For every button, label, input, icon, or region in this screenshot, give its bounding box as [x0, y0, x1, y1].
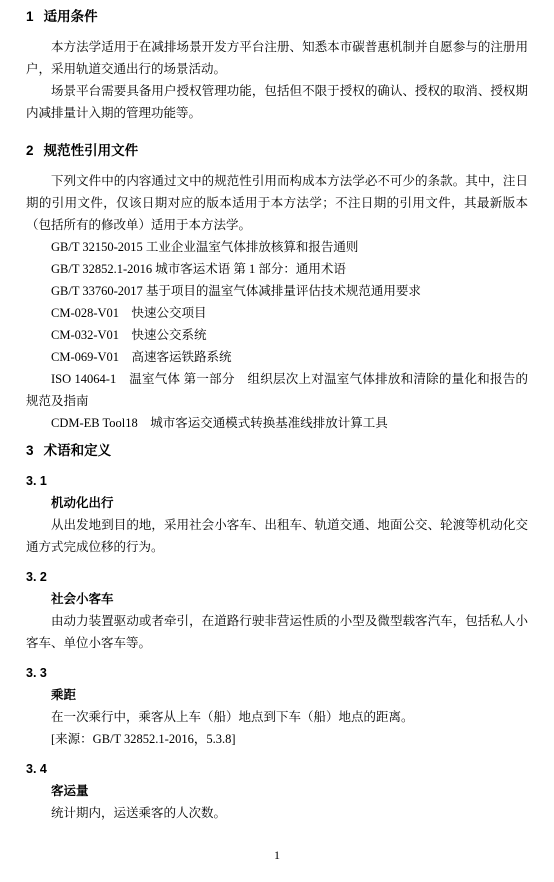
term-name: 乘距	[26, 684, 528, 706]
section-3-heading: 3术语和定义	[26, 440, 528, 462]
term-block-3-4: 3. 4 客运量 统计期内，运送乘客的人次数。	[26, 758, 528, 824]
term-definition: 从出发地到目的地，采用社会小客车、出租车、轨道交通、地面公交、轮渡等机动化交通方…	[26, 514, 528, 558]
term-name: 机动化出行	[26, 492, 528, 514]
section-1-paragraph: 本方法学适用于在减排场景开发方平台注册、知悉本市碳普惠机制并自愿参与的注册用户，…	[26, 36, 528, 80]
reference-item: CM-069-V01 高速客运铁路系统	[26, 346, 528, 368]
term-definition: 统计期内，运送乘客的人次数。	[26, 802, 528, 824]
term-block-3-2: 3. 2 社会小客车 由动力装置驱动或者牵引，在道路行驶非营运性质的小型及微型载…	[26, 566, 528, 654]
term-definition: 由动力装置驱动或者牵引，在道路行驶非营运性质的小型及微型载客汽车，包括私人小客车…	[26, 610, 528, 654]
page-number: 1	[0, 848, 554, 862]
section-normative-references: 2规范性引用文件 下列文件中的内容通过文中的规范性引用而构成本方法学必不可少的条…	[26, 140, 528, 434]
term-block-3-3: 3. 3 乘距 在一次乘行中，乘客从上车（船）地点到下车（船）地点的距离。 [来…	[26, 662, 528, 750]
section-2-number: 2	[26, 143, 34, 158]
reference-item: GB/T 32852.1-2016 城市客运术语 第 1 部分：通用术语	[26, 258, 528, 280]
section-1-paragraph: 场景平台需要具备用户授权管理功能，包括但不限于授权的确认、授权的取消、授权期内减…	[26, 80, 528, 124]
term-number: 3. 4	[26, 758, 528, 780]
section-1-title: 适用条件	[44, 9, 98, 24]
reference-item: GB/T 32150-2015 工业企业温室气体排放核算和报告通则	[26, 236, 528, 258]
section-1-number: 1	[26, 9, 34, 24]
section-2-title: 规范性引用文件	[44, 143, 139, 158]
section-terms-definitions: 3术语和定义 3. 1 机动化出行 从出发地到目的地，采用社会小客车、出租车、轨…	[26, 440, 528, 824]
section-3-number: 3	[26, 443, 34, 458]
reference-item: ISO 14064-1 温室气体 第一部分 组织层次上对温室气体排放和清除的量化…	[26, 368, 528, 412]
reference-item: CM-028-V01 快速公交项目	[26, 302, 528, 324]
term-name: 社会小客车	[26, 588, 528, 610]
term-source-citation: [来源：GB/T 32852.1-2016，5.3.8]	[26, 728, 528, 750]
term-number: 3. 3	[26, 662, 528, 684]
reference-item: CDM-EB Tool18 城市客运交通模式转换基准线排放计算工具	[26, 412, 528, 434]
term-number: 3. 2	[26, 566, 528, 588]
term-name: 客运量	[26, 780, 528, 802]
section-3-title: 术语和定义	[44, 443, 112, 458]
section-2-intro: 下列文件中的内容通过文中的规范性引用而构成本方法学必不可少的条款。其中，注日期的…	[26, 170, 528, 236]
section-2-heading: 2规范性引用文件	[26, 140, 528, 162]
term-number: 3. 1	[26, 470, 528, 492]
term-definition: 在一次乘行中，乘客从上车（船）地点到下车（船）地点的距离。	[26, 706, 528, 728]
section-applicability: 1适用条件 本方法学适用于在减排场景开发方平台注册、知悉本市碳普惠机制并自愿参与…	[26, 6, 528, 124]
reference-item: GB/T 33760-2017 基于项目的温室气体减排量评估技术规范通用要求	[26, 280, 528, 302]
term-block-3-1: 3. 1 机动化出行 从出发地到目的地，采用社会小客车、出租车、轨道交通、地面公…	[26, 470, 528, 558]
document-page: 1适用条件 本方法学适用于在减排场景开发方平台注册、知悉本市碳普惠机制并自愿参与…	[0, 0, 554, 882]
reference-item: CM-032-V01 快速公交系统	[26, 324, 528, 346]
section-1-heading: 1适用条件	[26, 6, 528, 28]
